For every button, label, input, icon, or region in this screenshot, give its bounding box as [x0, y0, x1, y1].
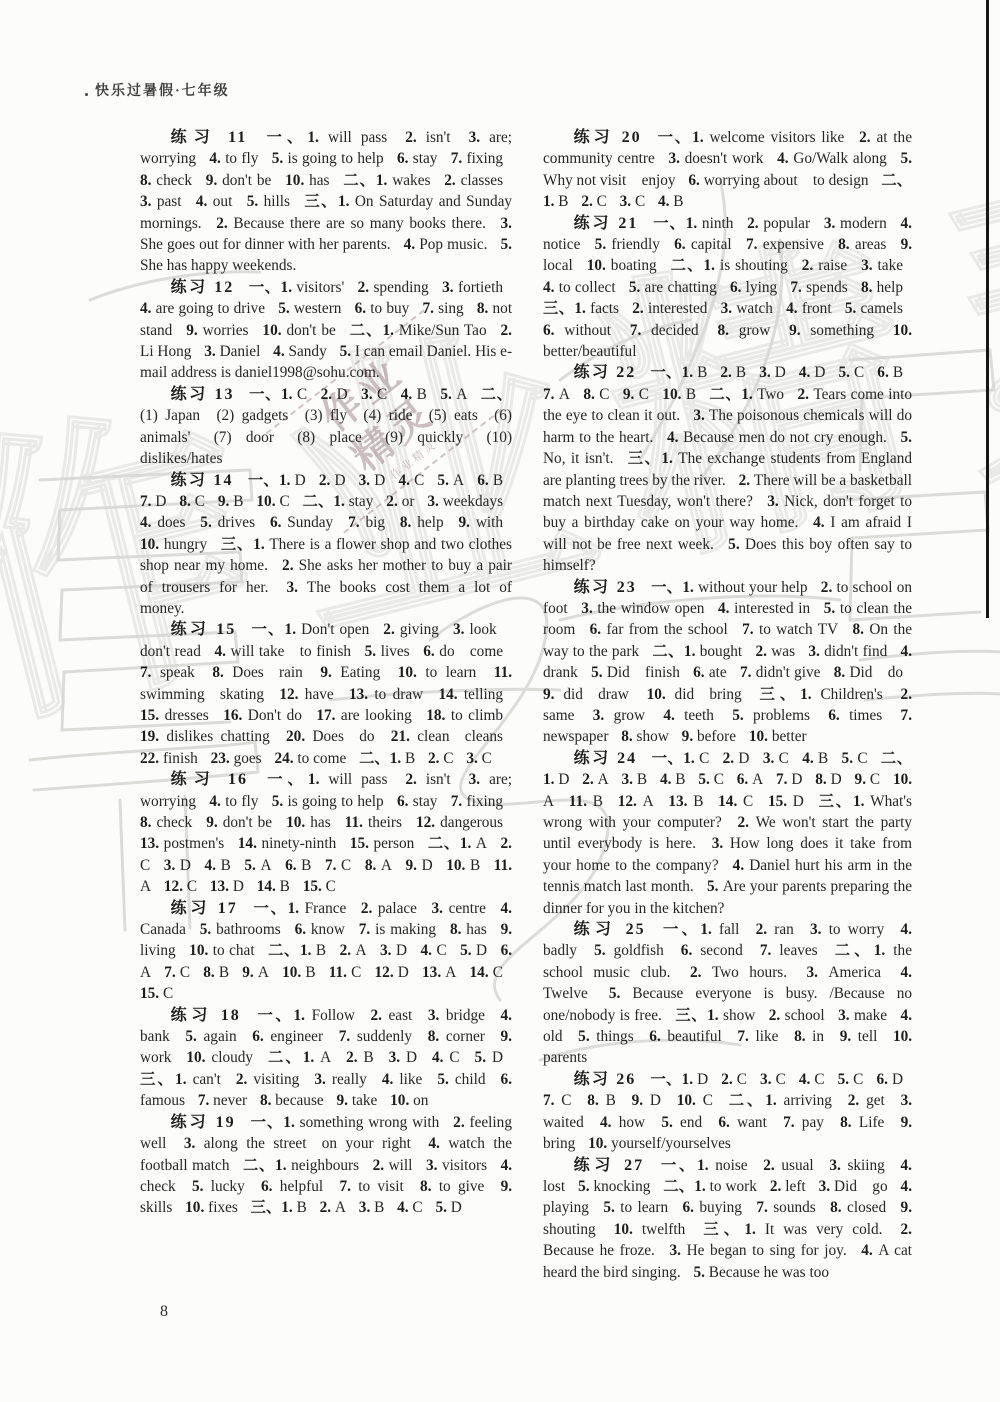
exercise-title: 练习 12 [171, 279, 249, 296]
answer-item: 3. really [314, 1071, 375, 1088]
answer-item: 4. are going to drive [140, 300, 274, 317]
answer-item: 2. or [386, 493, 423, 510]
answer-item: 9. something [789, 322, 883, 339]
answer-item: 10. on [390, 1092, 437, 1109]
exercise-block: 练习 16一、1. will pass 2. isn't 3. are; wor… [140, 769, 512, 897]
answer-item: 21. clean cleans [391, 728, 512, 745]
answer-item: 8. check [140, 814, 201, 831]
answer-item: 三、1. can't [140, 1071, 230, 1088]
answer-item: 2. was [755, 643, 804, 660]
answer-item: 6. do come [423, 643, 512, 660]
answer-item: 6. worrying about to design [688, 172, 877, 189]
answer-item: 4. front [786, 300, 840, 317]
answer-item: 2. Because there are so many books there… [216, 215, 495, 232]
answer-item: 3. make [838, 1007, 896, 1024]
answer-item: 5. are chatting [629, 279, 726, 296]
left-column: 练习 11一、1. will pass 2. isn't 3. are; wor… [140, 127, 512, 1283]
answer-item: 13. postmen's [140, 835, 233, 852]
answer-item: 3. C [466, 750, 501, 767]
answer-item: 10. C [677, 1092, 722, 1109]
answer-item: 8. grow [718, 322, 780, 339]
answer-item: 一、1. welcome visitors like [656, 129, 854, 146]
answer-item: 二、1. A [428, 835, 496, 852]
answer-item: 7. C [325, 857, 360, 874]
answer-item: 二、1. B [359, 750, 424, 767]
answer-item: 15. D [768, 793, 813, 810]
exercise-title: 练习 11 [171, 129, 262, 146]
answer-item: 19. dislikes chatting [140, 728, 279, 745]
answer-item: 三、1. B [251, 1199, 316, 1216]
answer-item: 2. C [581, 193, 616, 210]
answer-item: 3. C [763, 750, 798, 767]
answer-item: 2. school [769, 1007, 834, 1024]
answer-item: 8. Does rain [212, 664, 312, 681]
exercise-block: 练习 14一、1. D 2. D 3. D 4. C 5. A 6. B 7. … [140, 470, 512, 620]
answer-item: 8. C [179, 493, 214, 510]
answer-item: 二、1. bought [652, 643, 751, 660]
answer-item: 7. C [164, 964, 199, 981]
answer-item: 5. camels [845, 300, 912, 317]
answer-item: 5. problems [732, 707, 819, 724]
answer-item: 8. B [587, 1092, 624, 1109]
answer-item: 一、1. Follow [255, 1007, 364, 1024]
answer-item: 2. A [320, 1199, 355, 1216]
answer-item: 3. D [759, 364, 795, 381]
answer-columns: 练习 11一、1. will pass 2. isn't 3. are; wor… [140, 127, 912, 1283]
answer-item: 4. how [600, 1114, 654, 1131]
answer-item: 10. B [662, 386, 705, 403]
answer-item: 17. are looking [316, 707, 420, 724]
answer-item: 三、1. It was very cold. [703, 1221, 891, 1238]
scan-edge-line [986, 0, 989, 618]
answer-item: 9. did draw [543, 686, 638, 703]
exercise-block: 练习 24一、1. C 2. D 3. C 4. B 5. C 二、1. D 2… [543, 748, 912, 919]
answer-item: 3. to worry [810, 921, 893, 938]
answer-item: 5. drives [200, 514, 264, 531]
answer-item: 4. interested in [718, 600, 819, 617]
answer-item: 8. Did do [834, 664, 912, 681]
answer-item: 8. help [861, 279, 912, 296]
answer-item: 8. check [140, 172, 201, 189]
answer-item: 11. B [569, 793, 612, 810]
answer-item: 一、1. D [248, 472, 315, 489]
answer-item: 10. fixes [185, 1199, 247, 1216]
answer-item: 8. to give [420, 1178, 493, 1195]
answer-item: 23. goes [211, 750, 271, 767]
answer-item: 10. cloudy [186, 1049, 262, 1066]
answer-item: 6. stay [397, 793, 446, 810]
exercise-block: 练习 20一、1. welcome visitors like 2. at th… [543, 127, 912, 213]
answer-item: 2. popular [747, 215, 819, 232]
answer-item: 10. has [285, 172, 338, 189]
answer-item: 一、1. Don't open [250, 621, 378, 638]
answer-item: 7. never [198, 1092, 256, 1109]
answer-item: 4. B [205, 857, 240, 874]
answer-item: 2. C [428, 750, 463, 767]
exercise-title: 练习 24 [574, 750, 652, 767]
answer-item: 4. like [382, 1071, 431, 1088]
exercise-block: 练习 15一、1. Don't open 2. giving 3. look d… [140, 619, 512, 769]
answer-item: 2. spending [358, 279, 438, 296]
answer-item: 6. without [543, 322, 620, 339]
answer-item: 7. D [776, 771, 811, 788]
exercise-title: 练习 22 [574, 364, 651, 381]
answer-item: 3. fortieth [442, 279, 512, 296]
answer-item: 6. buying [683, 1199, 751, 1216]
answer-item: 12. D [375, 964, 418, 981]
answer-item: 8. Life [840, 1114, 893, 1131]
answer-item: 7. spends [790, 279, 856, 296]
answer-item: 6. capital [674, 236, 741, 253]
answer-item: 7. expensive [746, 236, 833, 253]
answer-item: 3. didn't find [808, 643, 896, 660]
answer-item: 4. will take to finish [214, 643, 360, 660]
answer-item: 一、1. B [650, 364, 716, 381]
answer-item: 7. fixing [451, 150, 512, 167]
answer-item: 6. Sunday [270, 514, 342, 531]
right-column: 练习 20一、1. welcome visitors like 2. at th… [543, 127, 912, 1283]
exercise-block: 练习 17一、1. France 2. palace 3. centre 4. … [140, 898, 512, 1005]
answer-item: 9. A [242, 964, 278, 981]
answer-item: 6. beautiful [649, 1028, 730, 1045]
answer-item: 6. lying [730, 279, 786, 296]
answer-item: 二、1. B [268, 942, 335, 959]
answer-item: 7. big [348, 514, 394, 531]
answer-item: 9. don't be [206, 814, 281, 831]
answer-item: 14. ninety-ninth [238, 835, 345, 852]
exercise-title: 练习 13 [171, 386, 249, 403]
answer-item: (2) gadgets [216, 407, 297, 424]
exercise-title: 练习 14 [171, 472, 248, 489]
answer-item: 7. like [737, 1028, 787, 1045]
exercise-title: 练习 17 [171, 900, 252, 917]
answer-item: 11. theirs [345, 814, 411, 831]
answer-item: 9. D [632, 1092, 670, 1109]
answer-item: 20. Does do [286, 728, 383, 745]
answer-item: 6. times [828, 707, 891, 724]
answer-item: 5. things [578, 1028, 643, 1045]
answer-item: 5. end [661, 1114, 711, 1131]
answer-item: 7. sing [423, 300, 473, 317]
answer-item: 7. A [543, 386, 579, 403]
answer-item: 6. ate [693, 664, 736, 681]
answer-item: 3. watch [721, 300, 782, 317]
answer-item: 6. far from the school [590, 621, 737, 638]
answer-item: 5. knocking [578, 1178, 659, 1195]
answer-item: 2. left [770, 1178, 815, 1195]
answer-item: 8. show [621, 728, 678, 745]
answer-item: 4. D [799, 364, 835, 381]
answer-item: 14. C [470, 964, 512, 981]
answer-item: 4. B [802, 750, 837, 767]
answer-item: 14. C [718, 793, 762, 810]
answer-item: 5. hills [247, 193, 299, 210]
answer-item: 二、1. is shouting [671, 257, 797, 274]
answer-item: 4. C [397, 1199, 432, 1216]
answer-item: (7) door [214, 429, 283, 446]
answer-item: 7. leaves [760, 942, 827, 959]
exercise-block: 练习 19一、1. something wrong with 2. feelin… [140, 1112, 512, 1219]
answer-item: 14. B [257, 878, 299, 895]
answer-item: 3. Did go [819, 1178, 897, 1195]
answer-item: 10. C [256, 493, 298, 510]
page-header-title: 快乐过暑假·七年级 [95, 80, 230, 100]
answer-item: 2. D [321, 386, 357, 403]
answer-item: 5. A [440, 386, 476, 403]
page-number: 8 [160, 1303, 168, 1321]
answer-item: 4. to fly [209, 150, 267, 167]
answer-item: 9. D [406, 857, 442, 874]
answer-item: 8. in [794, 1028, 833, 1045]
answer-item: 5. goldfish [594, 942, 673, 959]
answer-item: 一、1. C [249, 386, 317, 403]
answer-item: 9. Eating [320, 664, 389, 681]
answer-item: 15. person [350, 835, 423, 852]
answer-item: 2. B [720, 364, 755, 381]
answer-item: 8. help [400, 514, 453, 531]
answer-item: 7. sounds [756, 1199, 824, 1216]
exercise-block: 练习 22一、1. B 2. B 3. D 4. D 5. C 6. B 7. … [543, 362, 912, 576]
answer-item: 3. take [861, 257, 912, 274]
exercise-block: 练习 23一、1. without your help 2. to school… [543, 577, 912, 748]
answer-item: 5. is going to help [272, 793, 393, 810]
answer-item: 2. A [340, 942, 376, 959]
answer-item: 一、1. noise [658, 1157, 757, 1174]
answer-item: 15. C [140, 985, 182, 1002]
scan-dot [85, 93, 88, 96]
answer-item: 3. centre [432, 900, 495, 917]
answer-item: 3. C [760, 1071, 795, 1088]
answer-item: 2. visiting [236, 1071, 308, 1088]
answer-item: 7. pay [783, 1114, 833, 1131]
exercise-block: 练习 11一、1. will pass 2. isn't 3. are; wor… [140, 127, 512, 277]
answer-item: (8) place [297, 429, 370, 446]
answer-item: 15. C [303, 878, 345, 895]
answer-item: 10. yourself/yourselves [588, 1135, 740, 1152]
answer-item: 8. areas [838, 236, 895, 253]
answer-item: 9. before [682, 728, 745, 745]
answer-item: 5. western [278, 300, 350, 317]
exercise-title: 练习 16 [171, 771, 262, 788]
exercise-title: 练习 23 [574, 579, 651, 596]
answer-item: 2. isn't [405, 129, 459, 146]
answer-item: (4) ride [363, 407, 421, 424]
exercise-title: 练习 27 [574, 1157, 658, 1174]
answer-item: 一、1. without your help [651, 579, 817, 596]
exercise-block: 练习 18一、1. Follow 2. east 3. bridge 4. ba… [140, 1005, 512, 1112]
answer-item: (5) eats [429, 407, 487, 424]
answer-item: 5. bathrooms [200, 921, 290, 938]
answer-item: 10. better [749, 728, 816, 745]
answer-item: 3. C [361, 386, 396, 403]
answer-item: 10. don't be [262, 322, 344, 339]
answer-item: 13. B [668, 793, 712, 810]
answer-item: 2. C [721, 1071, 756, 1088]
exercise-title: 练习 15 [171, 621, 251, 638]
answer-item: 2. palace [361, 900, 426, 917]
exercise-title: 练习 21 [574, 215, 653, 232]
answer-item: 13. A [422, 964, 465, 981]
answer-item: 4. teeth [663, 707, 723, 724]
answer-item: 4. Sandy [273, 343, 336, 360]
answer-item: 5. D [460, 942, 496, 959]
answer-item: 4. Go/Walk along [777, 150, 896, 167]
answer-item: 6. want [718, 1114, 775, 1131]
answer-item: 4. B [660, 771, 695, 788]
answer-item: 2. get [848, 1092, 894, 1109]
answer-item: 6. to buy [355, 300, 419, 317]
exercise-title: 练习 19 [171, 1114, 250, 1131]
answer-item: 4. to fly [209, 793, 267, 810]
answer-item: 7. fixing [451, 793, 512, 810]
answer-item: 8. because [260, 1092, 333, 1109]
answer-item: 10. did bring [647, 686, 751, 703]
answer-item: 4. Pop music. [404, 236, 497, 253]
answer-item: 2. D [723, 750, 759, 767]
answer-item: 2. raise [802, 257, 856, 274]
answer-item: 9. C [855, 771, 890, 788]
answer-item: 24. to come [274, 750, 355, 767]
answer-item: 二、1. to work [663, 1178, 766, 1195]
answer-item: 3. D [164, 857, 200, 874]
answer-item: 一、1. ninth [652, 215, 742, 232]
answer-item: 2. interested [632, 300, 716, 317]
answer-item: 6. B [285, 857, 320, 874]
exercise-block: 练习 12一、1. visitors' 2. spending 3. forti… [140, 277, 512, 384]
answer-item: 二、1. neighbours [243, 1157, 368, 1174]
answer-item: 一、1. visitors' [248, 279, 353, 296]
answer-item: 8. has [450, 921, 496, 938]
answer-item: 二、1. wakes [343, 172, 439, 189]
exercise-block: 练习 26一、1. D 2. C 3. C 4. C 5. C 6. D 7. … [543, 1069, 912, 1155]
answer-item: 4. out [196, 193, 241, 210]
answer-item: 4. does [140, 514, 194, 531]
answer-item: 7. suddenly [339, 1028, 421, 1045]
answer-item: 8. B [203, 964, 238, 981]
answer-item: 3. D [380, 942, 416, 959]
answer-item: 5. A [437, 472, 473, 489]
answer-item: 8. D [815, 771, 850, 788]
answer-item: 12. A [618, 793, 663, 810]
answer-item: 10. boating [587, 257, 666, 274]
answer-item: 12. dangerous [416, 814, 512, 831]
answer-item: 14. telling [438, 686, 512, 703]
answer-item: 3. bridge [428, 1007, 494, 1024]
answer-item: 5. is going to help [272, 150, 393, 167]
answer-item: 2. isn't [405, 771, 459, 788]
answer-item: 7. to watch TV [742, 621, 847, 638]
answer-item: 3. grow [593, 707, 654, 724]
answer-item: 10. to learn [398, 664, 486, 681]
answer-item: 三、1. facts [543, 300, 628, 317]
answer-item: 3. He began to sing for joy. [670, 1242, 856, 1259]
answer-item: 16. Don't do [223, 707, 311, 724]
answer-item: (3) fly [305, 407, 356, 424]
answer-item: 22. finish [140, 750, 207, 767]
answer-item: 4. to collect [543, 279, 625, 296]
answer-item: 3. doesn't work [668, 150, 772, 167]
answer-item: 5. Did finish [591, 664, 689, 681]
answer-item: 7. to visit [339, 1178, 412, 1195]
answer-item: 5. Because he was too [693, 1264, 838, 1281]
exercise-block: 练习 25一、1. fall 2. ran 3. to worry 4. bad… [543, 919, 912, 1069]
exercise-title: 练习 18 [171, 1007, 255, 1024]
answer-item: (9) quickly [385, 429, 472, 446]
answer-item: 3. modern [824, 215, 896, 232]
answer-item: 9. worries [186, 322, 257, 339]
answer-item: 二、1. A [268, 1049, 340, 1066]
answer-item: 18. to climb [426, 707, 512, 724]
answer-item: 3. skiing [829, 1157, 894, 1174]
answer-item: 6. second [681, 942, 752, 959]
answer-item: 5. lives [365, 643, 419, 660]
answer-item: 6. helpful [261, 1178, 332, 1195]
answer-item: 4. Because men do not cry enough. [667, 429, 896, 446]
answer-item: 5. A [244, 857, 280, 874]
answer-item: 一、1. something wrong with [250, 1114, 449, 1131]
answer-item: 3. America [807, 964, 891, 981]
answer-item: 6. D [876, 1071, 912, 1088]
answer-item: 7. speak [140, 664, 204, 681]
answer-item: 9. tell [840, 1028, 887, 1045]
answer-item: 7. D [140, 493, 175, 510]
answer-item: 2. giving [383, 621, 448, 638]
answer-item: 10. hungry [140, 536, 216, 553]
answer-item: 4. B [658, 193, 693, 210]
answer-item: 5. child [437, 1071, 494, 1088]
answer-item: 8. corner [428, 1028, 494, 1045]
answer-item: 9. C [623, 386, 658, 403]
answer-item: 9. B [218, 493, 253, 510]
answer-item: 一、1. fall [660, 921, 749, 938]
answer-item: 10. to chat [189, 942, 263, 959]
answer-item: 5. lucky [192, 1178, 254, 1195]
exercise-block: 练习 27一、1. noise 2. usual 3. skiing 4. lo… [543, 1155, 912, 1283]
answer-item: 3. weekdays [427, 493, 512, 510]
answer-item: 6. know [295, 921, 354, 938]
answer-item: 8. closed [830, 1199, 895, 1216]
answer-item: 一、1. France [252, 900, 355, 917]
answer-item: 4. C [421, 942, 456, 959]
exercise-title: 练习 20 [574, 129, 656, 146]
answer-item: 4. C [799, 1071, 834, 1088]
answer-item: 3. D [359, 472, 395, 489]
answer-item: 4. B [401, 386, 436, 403]
answer-item: 8. A [365, 857, 401, 874]
answer-item: 一、1. C [651, 750, 718, 767]
answer-item: 15. dresses [140, 707, 218, 724]
answer-item: 一、1. D [650, 1071, 717, 1088]
answer-item: 3. C [620, 193, 655, 210]
answer-item: 2. ran [756, 921, 803, 938]
answer-item: 二、1. stay [303, 493, 383, 510]
answer-item: 3. along the street on your right [184, 1135, 420, 1152]
answer-item: 4. C [432, 1049, 469, 1066]
workbook-answer-page: 作业精灵 作业 精灵 作业精灵 [0, 0, 1000, 1402]
answer-item: 2. A [582, 771, 617, 788]
answer-item: 5. C [839, 364, 874, 381]
answer-item: 一、1. will pass [262, 771, 396, 788]
answer-item: 10. B [282, 964, 324, 981]
answer-item: 9. with [458, 514, 512, 531]
answer-item: 3. the window open [581, 600, 713, 617]
answer-item: 5. again [185, 1028, 245, 1045]
answer-item: 5. C [838, 1071, 873, 1088]
answer-item: 3. Daniel [204, 343, 269, 360]
answer-item: 3. B [622, 771, 657, 788]
answer-item: 5. C [698, 771, 733, 788]
answer-item: 二、1. arriving [729, 1092, 841, 1109]
